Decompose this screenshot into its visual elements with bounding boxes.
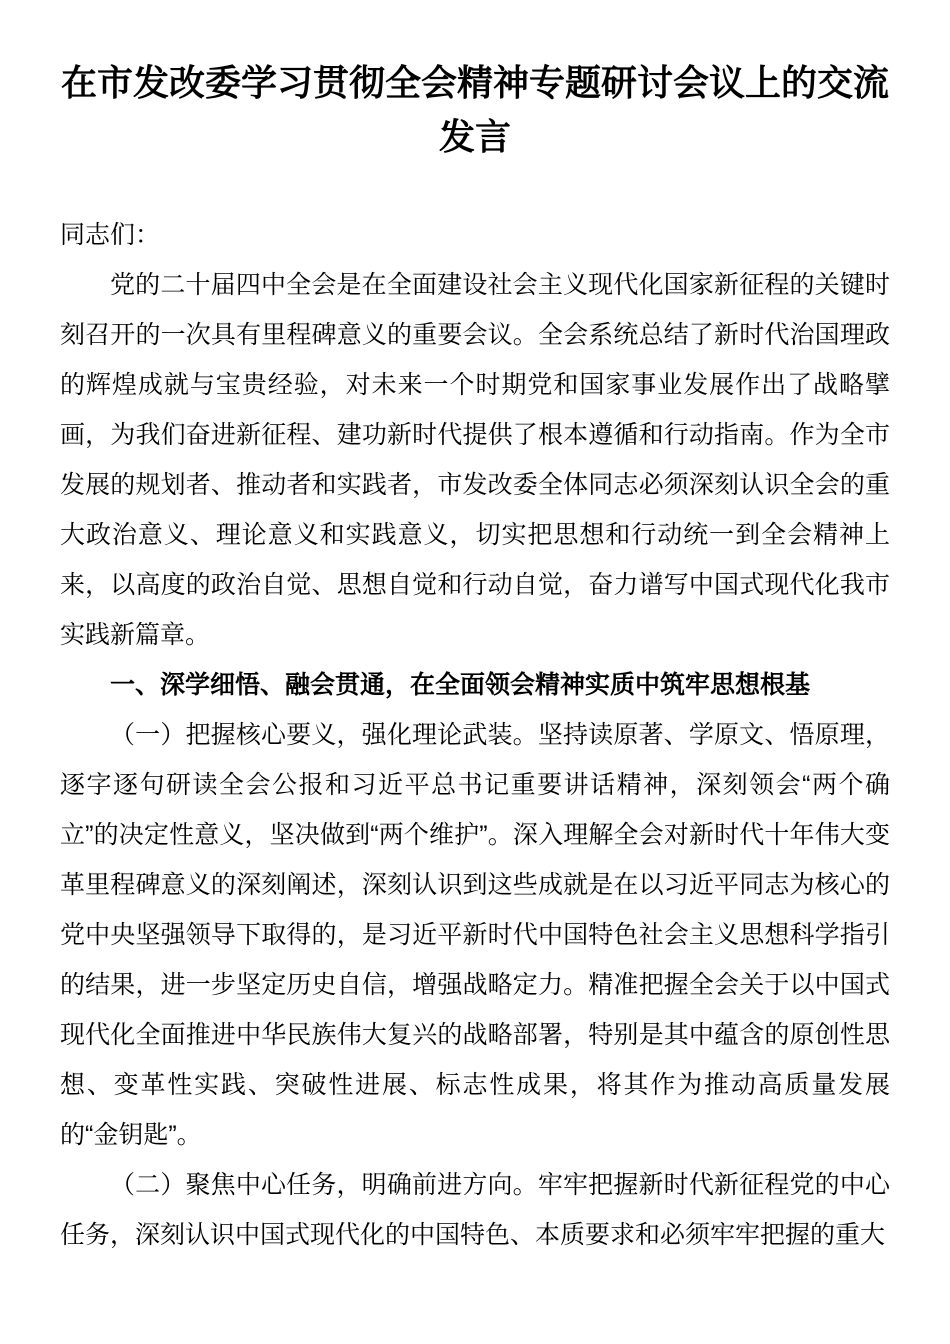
paragraph-point-1: （一）把握核心要义，强化理论武装。坚持读原著、学原文、悟原理，逐字逐句研读全会公… — [60, 710, 890, 1160]
document-title: 在市发改委学习贯彻全会精神专题研讨会议上的交流发言 — [60, 56, 890, 164]
paragraph-point-2: （二）聚焦中心任务，明确前进方向。牢牢把握新时代新征程党的中心任务，深刻认识中国… — [60, 1160, 890, 1260]
document-page: 在市发改委学习贯彻全会精神专题研讨会议上的交流发言 同志们： 党的二十届四中全会… — [0, 0, 950, 1344]
section-heading-1: 一、深学细悟、融会贯通，在全面领会精神实质中筑牢思想根基 — [60, 660, 890, 710]
salutation: 同志们： — [60, 210, 890, 260]
paragraph-opening: 党的二十届四中全会是在全面建设社会主义现代化国家新征程的关键时刻召开的一次具有里… — [60, 260, 890, 660]
document-body: 同志们： 党的二十届四中全会是在全面建设社会主义现代化国家新征程的关键时刻召开的… — [60, 210, 890, 1260]
